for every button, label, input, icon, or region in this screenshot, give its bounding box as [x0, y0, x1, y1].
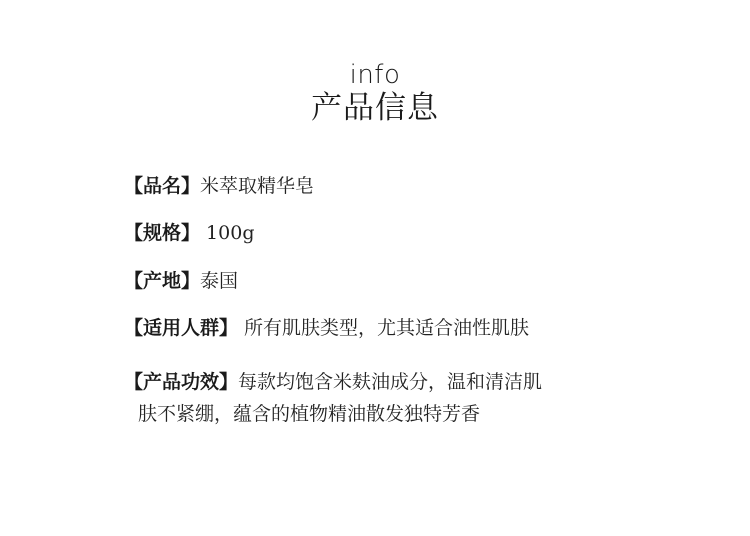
section-header: info 产品信息	[0, 60, 750, 126]
spec-value: 泰国	[200, 270, 238, 292]
spec-value: 所有肌肤类型，尤其适合油性肌肤	[238, 317, 529, 339]
spec-row-efficacy: 【产品功效】每款均饱含米麸油成分，温和清洁肌 肤不紧绷，蕴含的植物精油散发独特芳…	[124, 366, 624, 430]
spec-label: 【品名】	[124, 175, 200, 197]
spec-row-audience: 【适用人群】 所有肌肤类型，尤其适合油性肌肤	[124, 314, 529, 342]
spec-value-continued: 肤不紧绷，蕴含的植物精油散发独特芳香	[124, 398, 624, 430]
title-english: info	[0, 60, 750, 90]
spec-row-size: 【规格】 100g	[124, 219, 254, 247]
spec-label: 【规格】	[124, 222, 200, 244]
spec-value: 每款均饱含米麸油成分，温和清洁肌	[238, 371, 542, 393]
spec-label: 【产品功效】	[124, 371, 238, 393]
spec-value: 米萃取精华皂	[200, 175, 314, 197]
spec-row-name: 【品名】米萃取精华皂	[124, 172, 314, 200]
spec-label: 【产地】	[124, 270, 200, 292]
spec-label: 【适用人群】	[124, 317, 238, 339]
spec-value: 100g	[200, 222, 254, 244]
spec-row-origin: 【产地】泰国	[124, 267, 238, 295]
title-chinese: 产品信息	[0, 90, 750, 126]
